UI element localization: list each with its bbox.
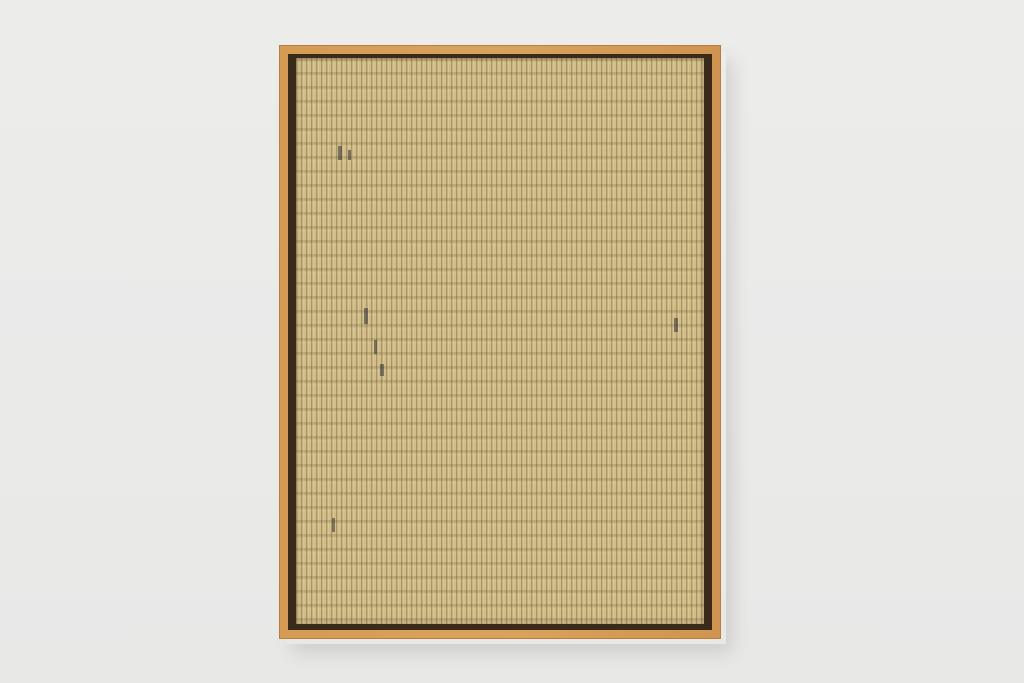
dark-mark [674,318,678,332]
dark-mark [338,146,342,160]
dark-mark [374,340,377,354]
dark-mark [348,150,351,160]
dark-mark [332,518,335,532]
dark-mark [380,364,384,376]
dark-mark [364,308,368,324]
textured-canvas [296,58,704,624]
